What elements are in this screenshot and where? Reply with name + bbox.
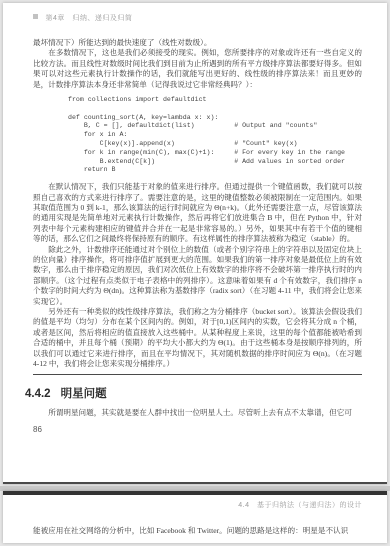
running-header-next: 4.4 基于归纳法（与递归法）的设计 [33,500,362,510]
paragraph: 最坏情况下）所能达到的最快速度了（线性对数级）。 [33,38,362,48]
chapter-marker-square-icon [33,14,38,19]
code-line: B, C = [], defaultdict(list) # Output an… [68,122,362,131]
code-line: from collections import defaultdict [68,96,362,105]
code-line: for x in A: [68,131,362,140]
code-line: def counting_sort(A, key=lambda x: x): [68,114,362,123]
section-title: 明星问题 [61,388,107,400]
partial-paragraph: 能被应用在社交网络的分析中，比如 Facebook 和 Twitter。问题的思… [33,526,362,536]
section-number: 4.4.2 [25,388,51,400]
section-divider [33,374,362,376]
paragraph: 除此之外，计数排序还能通过对个别位上的数值（或者个别字符串上的字符串以及固定位块… [33,245,362,307]
page-number: 86 [33,425,362,434]
code-line: C[key(x)].append(x) # "Count" key(x) [68,140,362,149]
chapter-title: 第4章 归纳、递归及归简 [45,15,132,22]
paragraph: 另外还有一种类似的线性级排序算法，我们称之为分桶排序（bucket sort）。… [33,307,362,369]
pdf-view: 第4章 归纳、递归及归简 最坏情况下）所能达到的最快速度了（线性对数级）。在多数… [0,0,390,546]
code-line: B.extend(C[k]) # Add values in sorted or… [68,158,362,167]
body-text-bottom: 在默认情况下，我们只能基于对象的值来进行排序。但通过提供一个键值函数，我们就可以… [33,182,362,369]
code-line [68,105,362,114]
running-header: 第4章 归纳、递归及归简 [33,13,362,23]
next-section-title: 4.4 基于归纳法（与递归法）的设计 [238,502,362,509]
section-heading: 4.4.2明星问题 [25,385,362,401]
section-first-paragraph: 所谓明星问题，其实就是要在人群中找出一位明星人士。尽管听上去有点不太靠谱，但它可 [33,408,362,418]
book-page-next: 4.4 基于归纳法（与递归法）的设计 能被应用在社交网络的分析中，比如 Face… [3,491,387,543]
body-text-top: 最坏情况下）所能达到的最快速度了（线性对数级）。在多数情况下，这也是我们必须接受… [33,38,362,90]
code-block: from collections import defaultdict def … [68,96,362,175]
code-line: for k in range(min(C), max(C)+1): # For … [68,149,362,158]
book-page-86: 第4章 归纳、递归及归简 最坏情况下）所能达到的最快速度了（线性对数级）。在多数… [3,3,387,484]
paragraph: 在默认情况下，我们只能基于对象的值来进行排序。但通过提供一个键值函数，我们就可以… [33,182,362,244]
code-line: return B [68,166,362,175]
paragraph: 在多数情况下，这也是我们必须接受的现实。例如，您所要排序的对象或许还有一些自定义… [33,48,362,90]
